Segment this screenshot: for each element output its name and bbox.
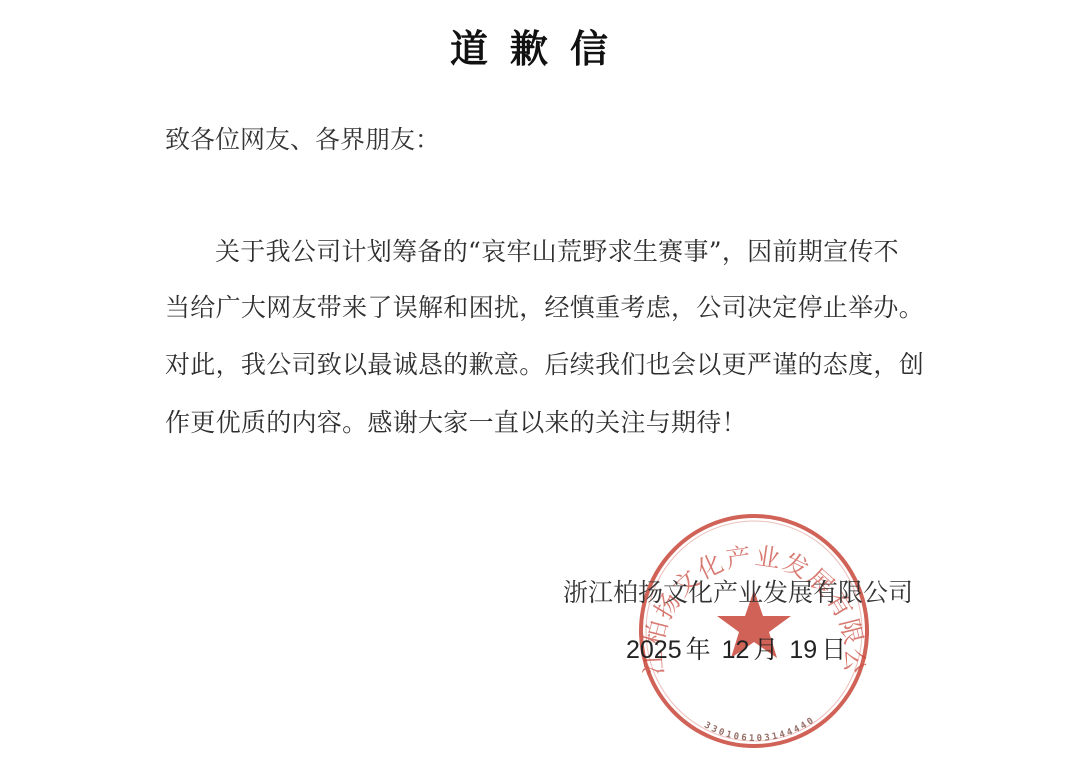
letter-title: 道歉信 (0, 18, 1080, 73)
date-day-label: 日 (821, 636, 846, 664)
body-paragraph-line: 关于我公司计划筹备的“哀牢山荒野求生赛事”，因前期宣传不 (215, 232, 899, 268)
body-paragraph-line: 对此，我公司致以最诚恳的歉意。后续我们也会以更严谨的态度，创 (165, 345, 924, 381)
date-month: 12 (722, 636, 750, 664)
body-paragraph-line: 当给广大网友带来了误解和困扰，经慎重考虑，公司决定停止举办。 (165, 288, 924, 324)
salutation: 致各位网友、各界朋友： (165, 120, 440, 156)
date-year: 2025 (626, 636, 682, 664)
date-month-label: 月 (753, 636, 778, 664)
company-signature: 浙江柏扬文化产业发展有限公司 (563, 573, 913, 609)
body-paragraph-line: 作更优质的内容。感谢大家一直以来的关注与期待！ (165, 403, 747, 439)
letter-date: 2025年 12月 19日 (626, 630, 850, 666)
date-day: 19 (789, 636, 817, 664)
date-year-label: 年 (686, 636, 711, 664)
